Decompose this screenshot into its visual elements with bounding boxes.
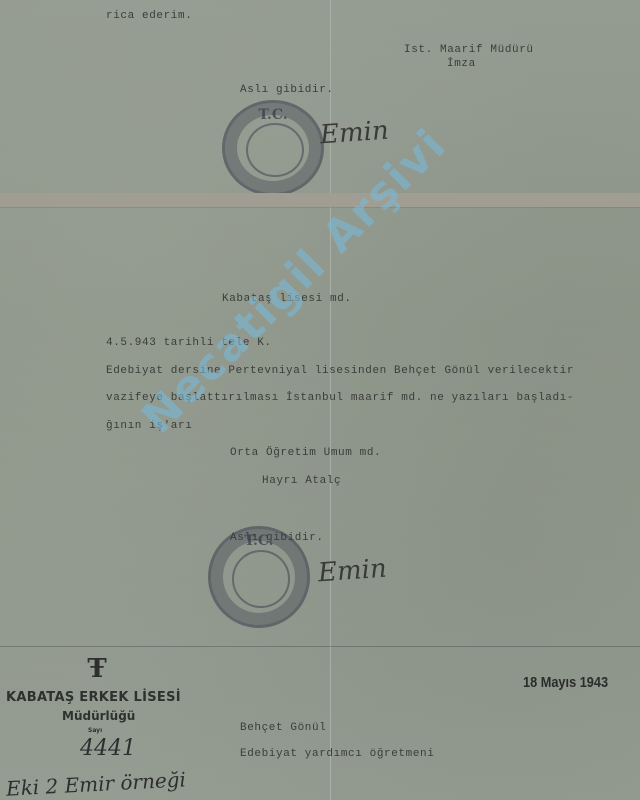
certification-text: Aslı gibidir. <box>240 84 334 96</box>
sender-name: Hayrı Atalç <box>262 475 341 487</box>
seal-label: T.C. <box>225 107 321 123</box>
document-number: 4441 <box>80 736 136 761</box>
recipient-title: Edebiyat yardımcı öğretmeni <box>240 748 434 760</box>
signatory-sign: İmza <box>447 58 476 70</box>
seal-inner-ring <box>246 123 304 177</box>
school-name: KABATAŞ ERKEK LİSESİ <box>6 690 181 705</box>
sender-office: Orta Öğretim Umum md. <box>230 447 381 459</box>
page-edge <box>0 646 640 647</box>
closing-text: rica ederim. <box>106 10 192 22</box>
seal-inner-ring <box>232 550 290 608</box>
signature: Emin <box>319 116 390 151</box>
signatory-title: Ist. Maarif Müdürü <box>404 44 534 56</box>
seal-label: T.C. <box>211 533 307 549</box>
date-stamp: 18 Mayıs 1943 <box>523 674 608 691</box>
official-seal-icon: T.C. <box>222 100 324 196</box>
paper-fold-band <box>0 193 640 207</box>
recipient-name: Behçet Gönül <box>240 722 326 734</box>
school-office: Müdürlüğü <box>62 709 135 723</box>
school-monogram-icon: Ŧ <box>82 654 112 684</box>
official-seal-icon: T.C. <box>208 526 310 628</box>
number-label: Sayı <box>88 727 102 734</box>
signature: Emin <box>317 554 388 589</box>
